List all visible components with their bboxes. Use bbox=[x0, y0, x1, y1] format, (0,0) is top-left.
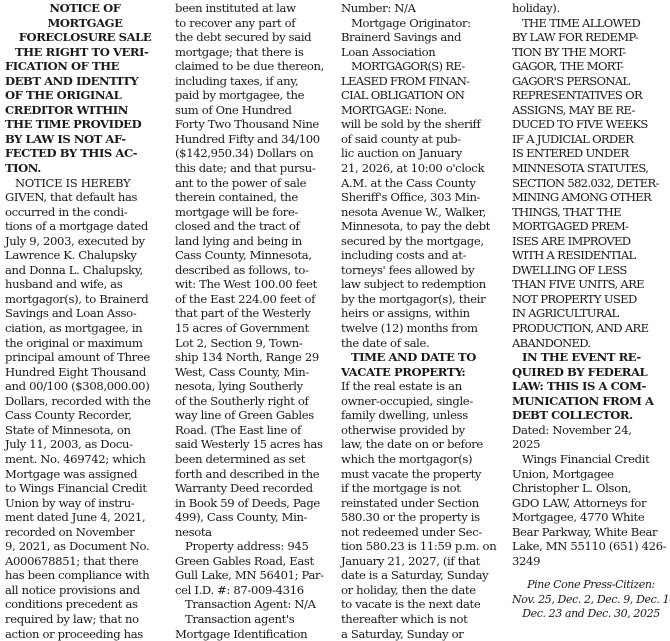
text-line: MORTGAGOR(S) RE- bbox=[341, 59, 501, 74]
text-line: of the Southerly right of bbox=[175, 394, 335, 409]
publication-line: Nov. 25, Dec. 2, Dec. 9, Dec. 16, bbox=[512, 593, 670, 608]
text-line: a Saturday, Sunday or bbox=[341, 627, 501, 641]
text-line: Warranty Deed recorded bbox=[175, 481, 335, 496]
text-line: the debt secured by said bbox=[175, 30, 335, 45]
text-line: wit: The West 100.00 feet bbox=[175, 277, 335, 292]
text-line: the date of sale. bbox=[341, 336, 501, 351]
text-line: ($142,950.34) Dollars on bbox=[175, 146, 335, 161]
text-line: West, Cass County, Min- bbox=[175, 365, 335, 380]
text-line: Mortgage Identification bbox=[175, 627, 335, 641]
text-line: A000678851; that there bbox=[5, 554, 165, 569]
text-line: been determined as set bbox=[175, 452, 335, 467]
text-line: law, the date on or before bbox=[341, 437, 501, 452]
text-line: 9, 2021, as Document No. bbox=[5, 539, 165, 554]
text-line: Union by way of instru- bbox=[5, 496, 165, 511]
text-line: by the mortgagor(s), their bbox=[341, 292, 501, 307]
text-line: TION BY THE MORT- bbox=[512, 45, 670, 60]
text-line: heirs or assigns, within bbox=[341, 306, 501, 321]
text-line: MUNICATION FROM A bbox=[512, 394, 670, 409]
text-line: husband and wife, as bbox=[5, 277, 165, 292]
text-line: to recover any part of bbox=[175, 16, 335, 31]
text-line: ment dated June 4, 2021, bbox=[5, 510, 165, 525]
text-line: including taxes, if any, bbox=[175, 74, 335, 89]
text-line: ant to the power of sale bbox=[175, 176, 335, 191]
column-3: Number: N/AMortgage Originator:Brainerd … bbox=[341, 1, 501, 641]
text-line: Hundred Eight Thousand bbox=[5, 365, 165, 380]
text-line: mortgage will be fore- bbox=[175, 205, 335, 220]
text-line: in Book 59 of Deeds, Page bbox=[175, 496, 335, 511]
text-line: THINGS, THAT THE bbox=[512, 205, 670, 220]
text-line: conditions precedent as bbox=[5, 597, 165, 612]
text-line: Hundred Fifty and 34/100 bbox=[175, 132, 335, 147]
text-line: NOTICE IS HEREBY bbox=[5, 176, 165, 191]
text-line: principal amount of Three bbox=[5, 350, 165, 365]
text-line: Lot 2, Section 9, Town- bbox=[175, 336, 335, 351]
text-line: LEASED FROM FINAN- bbox=[341, 74, 501, 89]
column-1-body: THE RIGHT TO VERI-FICATION OF THEDEBT AN… bbox=[5, 45, 165, 641]
text-line: that part of the Westerly bbox=[175, 306, 335, 321]
text-line: said Westerly 15 acres has bbox=[175, 437, 335, 452]
text-line: closed and the tract of bbox=[175, 219, 335, 234]
text-line: mortgage; that there is bbox=[175, 45, 335, 60]
column-1: NOTICE OF MORTGAGE FORECLOSURE SALE THE … bbox=[5, 1, 165, 641]
column-2-body: been instituted at lawto recover any par… bbox=[175, 1, 335, 641]
text-line: cel I.D. #: 87-009-4316 bbox=[175, 583, 335, 598]
text-line: been instituted at law bbox=[175, 1, 335, 16]
text-line: nesota, lying Southerly bbox=[175, 379, 335, 394]
text-line: THE RIGHT TO VERI- bbox=[5, 45, 165, 60]
text-line: DUCED TO FIVE WEEKS bbox=[512, 117, 670, 132]
text-line: nesota Avenue W., Walker, bbox=[341, 205, 501, 220]
text-line: 15 acres of Government bbox=[175, 321, 335, 336]
text-line: BY LAW IS NOT AF- bbox=[5, 132, 165, 147]
publication-info: Pine Cone Press-Citizen: Nov. 25, Dec. 2… bbox=[512, 578, 670, 622]
text-line: 499), Cass County, Min- bbox=[175, 510, 335, 525]
text-line: occurred in the condi- bbox=[5, 205, 165, 220]
text-line: otherwise provided by bbox=[341, 423, 501, 438]
text-line: MINNESOTA STATUTES, bbox=[512, 161, 670, 176]
text-line: REPRESENTATIVES OR bbox=[512, 88, 670, 103]
text-line: tion 580.23 is 11:59 p.m. on bbox=[341, 539, 501, 554]
text-line: has been compliance with bbox=[5, 568, 165, 583]
text-line: CIAL OBLIGATION ON bbox=[341, 88, 501, 103]
text-line: OF THE ORIGINAL bbox=[5, 88, 165, 103]
text-line: 2025 bbox=[512, 437, 670, 452]
text-line: twelve (12) months from bbox=[341, 321, 501, 336]
text-line: Savings and Loan Asso- bbox=[5, 306, 165, 321]
text-line: Cass County, Minnesota, bbox=[175, 248, 335, 263]
text-line: Gull Lake, MN 56401; Par- bbox=[175, 568, 335, 583]
text-line: July 11, 2003, as Docu- bbox=[5, 437, 165, 452]
text-line: ciation, as mortgagee, in bbox=[5, 321, 165, 336]
legal-notice-page: NOTICE OF MORTGAGE FORECLOSURE SALE THE … bbox=[0, 0, 670, 641]
text-line: if the mortgage is not bbox=[341, 481, 501, 496]
text-line: 3249 bbox=[512, 554, 670, 569]
text-line: and Donna L. Chalupsky, bbox=[5, 263, 165, 278]
text-line: described as follows, to- bbox=[175, 263, 335, 278]
text-line: ISES ARE IMPROVED bbox=[512, 234, 670, 249]
text-line: If the real estate is an bbox=[341, 379, 501, 394]
text-line: PRODUCTION, AND ARE bbox=[512, 321, 670, 336]
text-line: THAN FIVE UNITS, ARE bbox=[512, 277, 670, 292]
text-line: must vacate the property bbox=[341, 467, 501, 482]
text-line: and 00/100 ($308,000.00) bbox=[5, 379, 165, 394]
publication-line: Dec. 23 and Dec. 30, 2025 bbox=[512, 607, 670, 622]
text-line: Lawrence K. Chalupsky bbox=[5, 248, 165, 263]
text-line: DEBT AND IDENTITY bbox=[5, 74, 165, 89]
text-line: nesota bbox=[175, 525, 335, 540]
text-line: NOT PROPERTY USED bbox=[512, 292, 670, 307]
text-line: including costs and at- bbox=[341, 248, 501, 263]
text-line: A.M. at the Cass County bbox=[341, 176, 501, 191]
text-line: family dwelling, unless bbox=[341, 408, 501, 423]
text-line: sum of One Hundred bbox=[175, 103, 335, 118]
text-line: mortgagor(s), to Brainerd bbox=[5, 292, 165, 307]
text-line: claimed to be due thereon, bbox=[175, 59, 335, 74]
text-line: the original or maximum bbox=[5, 336, 165, 351]
text-line: Mortgage Originator: bbox=[341, 16, 501, 31]
text-line: VACATE PROPERTY: bbox=[341, 365, 501, 380]
text-line: Union, Mortgagee bbox=[512, 467, 670, 482]
text-line: reinstated under Section bbox=[341, 496, 501, 511]
notice-heading: NOTICE OF MORTGAGE FORECLOSURE SALE bbox=[5, 1, 165, 45]
column-2: been instituted at lawto recover any par… bbox=[175, 1, 335, 641]
text-line: CREDITOR WITHIN bbox=[5, 103, 165, 118]
text-line: Cass County Recorder, bbox=[5, 408, 165, 423]
text-line: forth and described in the bbox=[175, 467, 335, 482]
text-line: January 21, 2027, (if that bbox=[341, 554, 501, 569]
heading-line: MORTGAGE bbox=[5, 16, 165, 31]
text-line: 21, 2026, at 10:00 o'clock bbox=[341, 161, 501, 176]
heading-line: FORECLOSURE SALE bbox=[5, 30, 165, 45]
text-line: date is a Saturday, Sunday bbox=[341, 568, 501, 583]
text-line: Dollars, recorded with the bbox=[5, 394, 165, 409]
text-line: owner-occupied, single- bbox=[341, 394, 501, 409]
text-line: thereafter which is not bbox=[341, 612, 501, 627]
text-line: GDO LAW, Attorneys for bbox=[512, 496, 670, 511]
text-line: not redeemed under Sec- bbox=[341, 525, 501, 540]
text-line: Transaction agent's bbox=[175, 612, 335, 627]
text-line: ASSIGNS, MAY BE RE- bbox=[512, 103, 670, 118]
text-line: Green Gables Road, East bbox=[175, 554, 335, 569]
text-line: FECTED BY THIS AC- bbox=[5, 146, 165, 161]
text-line: to Wings Financial Credit bbox=[5, 481, 165, 496]
text-line: Mortgage was assigned bbox=[5, 467, 165, 482]
text-line: therein contained, the bbox=[175, 190, 335, 205]
text-line: torneys' fees allowed by bbox=[341, 263, 501, 278]
text-line: SECTION 582.032, DETER- bbox=[512, 176, 670, 191]
text-line: tions of a mortgage dated bbox=[5, 219, 165, 234]
text-line: Wings Financial Credit bbox=[512, 452, 670, 467]
text-line: of said county at pub- bbox=[341, 132, 501, 147]
text-line: MORTGAGED PREM- bbox=[512, 219, 670, 234]
text-line: DWELLING OF LESS bbox=[512, 263, 670, 278]
text-line: Mortgagee, 4770 White bbox=[512, 510, 670, 525]
text-line: required by law; that no bbox=[5, 612, 165, 627]
text-line: GAGOR'S PERSONAL bbox=[512, 74, 670, 89]
text-line: IF A JUDICIAL ORDER bbox=[512, 132, 670, 147]
text-line: of the East 224.00 feet of bbox=[175, 292, 335, 307]
text-line: State of Minnesota, on bbox=[5, 423, 165, 438]
text-line: Christopher L. Olson, bbox=[512, 481, 670, 496]
text-line: Transaction Agent: N/A bbox=[175, 597, 335, 612]
text-line: GAGOR, THE MORT- bbox=[512, 59, 670, 74]
text-line: which the mortgagor(s) bbox=[341, 452, 501, 467]
text-line: action or proceeding has bbox=[5, 627, 165, 641]
text-line: Property address: 945 bbox=[175, 539, 335, 554]
text-line: Bear Parkway, White Bear bbox=[512, 525, 670, 540]
text-line: recorded on November bbox=[5, 525, 165, 540]
text-line: Number: N/A bbox=[341, 1, 501, 16]
text-line: MINING AMONG OTHER bbox=[512, 190, 670, 205]
text-line: land lying and being in bbox=[175, 234, 335, 249]
text-line: IN AGRICULTURAL bbox=[512, 306, 670, 321]
text-line: IN THE EVENT RE- bbox=[512, 350, 670, 365]
text-line: 580.30 or the property is bbox=[341, 510, 501, 525]
text-line: FICATION OF THE bbox=[5, 59, 165, 74]
text-line: will be sold by the sheriff bbox=[341, 117, 501, 132]
text-line: TION. bbox=[5, 161, 165, 176]
text-line: ABANDONED. bbox=[512, 336, 670, 351]
text-line: ment. No. 469742; which bbox=[5, 452, 165, 467]
text-line: Sheriff's Office, 303 Min- bbox=[341, 190, 501, 205]
text-line: Dated: November 24, bbox=[512, 423, 670, 438]
text-line: Brainerd Savings and bbox=[341, 30, 501, 45]
text-line: DEBT COLLECTOR. bbox=[512, 408, 670, 423]
text-line: TIME AND DATE TO bbox=[341, 350, 501, 365]
text-line: LAW: THIS IS A COM- bbox=[512, 379, 670, 394]
heading-line: NOTICE OF bbox=[5, 1, 165, 16]
text-line: this date; and that pursu- bbox=[175, 161, 335, 176]
text-line: Lake, MN 55110 (651) 426- bbox=[512, 539, 670, 554]
text-line: lic auction on January bbox=[341, 146, 501, 161]
text-line: ship 134 North, Range 29 bbox=[175, 350, 335, 365]
text-line: or holiday, then the date bbox=[341, 583, 501, 598]
text-line: IS ENTERED UNDER bbox=[512, 146, 670, 161]
text-line: WITH A RESIDENTIAL bbox=[512, 248, 670, 263]
text-line: Minnesota, to pay the debt bbox=[341, 219, 501, 234]
publication-line: Pine Cone Press-Citizen: bbox=[512, 578, 670, 593]
text-line: Loan Association bbox=[341, 45, 501, 60]
text-line: BY LAW FOR REDEMP- bbox=[512, 30, 670, 45]
text-line: secured by the mortgage, bbox=[341, 234, 501, 249]
text-line: to vacate is the next date bbox=[341, 597, 501, 612]
column-4-body: holiday).THE TIME ALLOWEDBY LAW FOR REDE… bbox=[512, 1, 670, 568]
text-line: THE TIME PROVIDED bbox=[5, 117, 165, 132]
text-line: holiday). bbox=[512, 1, 670, 16]
text-line: THE TIME ALLOWED bbox=[512, 16, 670, 31]
text-line: GIVEN, that default has bbox=[5, 190, 165, 205]
text-line: way line of Green Gables bbox=[175, 408, 335, 423]
column-4: holiday).THE TIME ALLOWEDBY LAW FOR REDE… bbox=[512, 1, 670, 568]
text-line: Road. (The East line of bbox=[175, 423, 335, 438]
text-line: QUIRED BY FEDERAL bbox=[512, 365, 670, 380]
text-line: MORTGAGE: None. bbox=[341, 103, 501, 118]
text-line: all notice provisions and bbox=[5, 583, 165, 598]
text-line: July 9, 2003, executed by bbox=[5, 234, 165, 249]
text-line: paid by mortgagee, the bbox=[175, 88, 335, 103]
column-3-body: Number: N/AMortgage Originator:Brainerd … bbox=[341, 1, 501, 641]
text-line: law subject to redemption bbox=[341, 277, 501, 292]
text-line: Forty Two Thousand Nine bbox=[175, 117, 335, 132]
